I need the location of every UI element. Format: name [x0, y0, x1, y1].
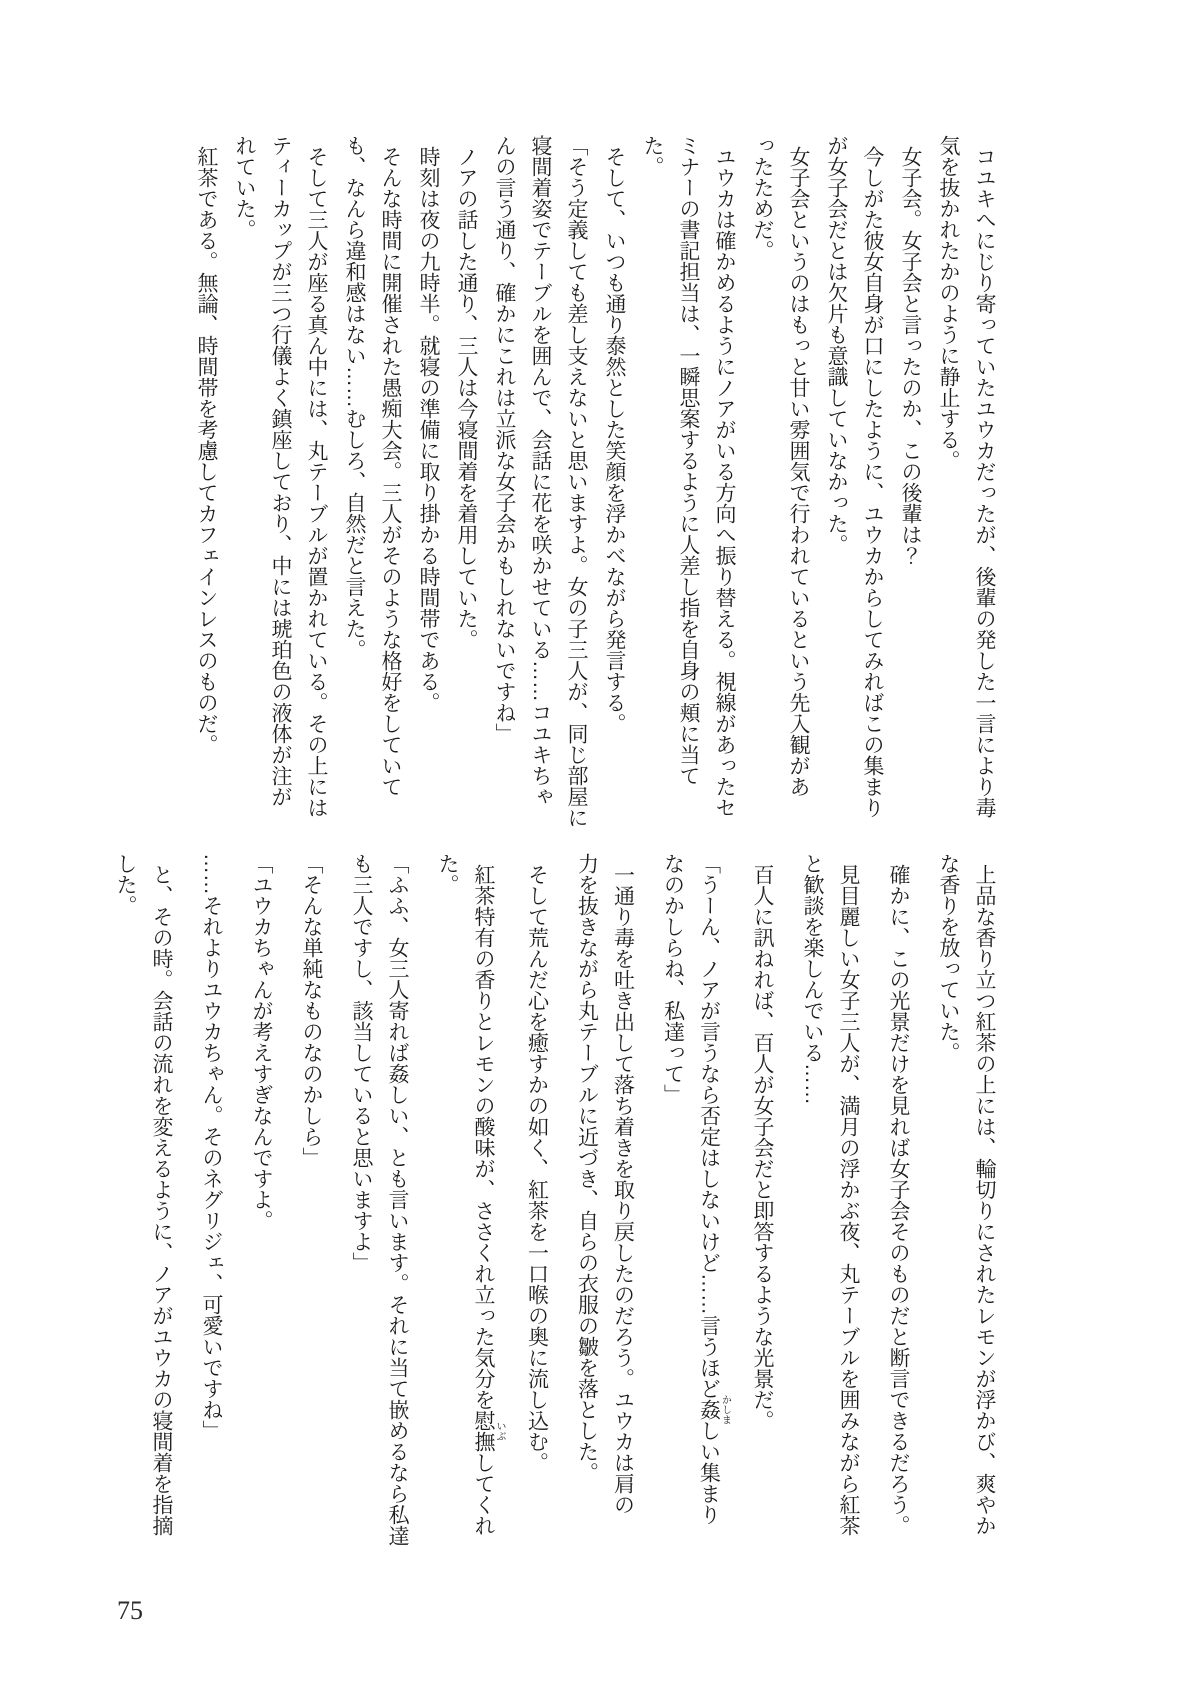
text-line: ユウカは確かめるようにノアがいる方向へ振り替える。視線があったセ: [706, 135, 742, 832]
text-line: と、その時。会話の流れを変えるように、ノアがユウカの寝間着を指摘: [143, 853, 179, 1568]
text-line: 寝間着姿でテーブルを囲んで、会話に花を咲かせている……コユキちゃ: [522, 135, 558, 832]
text-line: 一通り毒を吐き出して落ち着きを取り戻したのだろう。ユウカは肩の: [605, 853, 641, 1568]
text-block-upper: コユキへにじり寄っていたユウカだったが、後輩の発した一言により毒気を抜かれたかの…: [188, 135, 1002, 832]
furigana-ruby: 姦かしま: [698, 1399, 721, 1420]
text-block-lower: 上品な香り立つ紅茶の上には、輪切りにされたレモンが浮かび、爽やかな香りを放ってい…: [107, 853, 1002, 1568]
text-line: と歓談を楽しんでいる……: [794, 853, 830, 1568]
text-line: 女子会というのはもっと甘い雰囲気で行われているという先入観があ: [780, 135, 816, 832]
text-line: そして、いつも通り泰然とした笑顔を浮かべながら発言する。: [596, 135, 632, 832]
page-number: 75: [117, 1596, 143, 1626]
text-line: ティーカップが三つ行儀よく鎮座しており、中には琥珀色の液体が注が: [262, 135, 298, 832]
text-line: 「うーん、ノアが言うなら否定はしないけど……言うほど姦かしましい集まり: [691, 853, 731, 1568]
text-line: そんな時間に開催された愚痴大会。三人がそのような格好をしていて: [372, 135, 408, 832]
text-line: も三人ですし、該当していると思いますよ」: [343, 853, 379, 1568]
text-line: も、なんら違和感はない……むしろ、自然だと言えた。: [336, 135, 372, 832]
text-line: 百人に訊ねれば、百人が女子会だと即答するような光景だ。: [744, 853, 780, 1568]
text-line: た。: [429, 853, 465, 1568]
text-line: んの言う通り、確かにこれは立派な女子会かもしれないですね」: [486, 135, 522, 832]
text-line: 「ふふ、女三人寄れば姦しい、とも言います。それに当て嵌めるなら私達: [379, 853, 415, 1568]
text-line: 力を抜きながら丸テーブルに近づき、自らの衣服の皺を落とした。: [569, 853, 605, 1568]
furigana-ruby: 慰撫いぶ: [472, 1410, 495, 1452]
text-line: 紅茶である。無論、時間帯を考慮してカフェインレスのものだ。: [188, 135, 224, 832]
text-line: 今しがた彼女自身が口にしたように、ユウカからしてみればこの集まり: [854, 135, 890, 832]
text-line: な香りを放っていた。: [930, 853, 966, 1568]
text-line: 確かに、この光景だけを見れば女子会そのものだと断言できるだろう。: [880, 853, 916, 1568]
text-line: 時刻は夜の九時半。就寝の準備に取り掛かる時間帯である。: [410, 135, 446, 832]
text-line: 気を抜かれたかのように静止する。: [930, 135, 966, 832]
text-line: ……それよりユウカちゃん。そのネグリジェ、可愛いですね」: [193, 853, 229, 1568]
text-line: ったためだ。: [744, 135, 780, 832]
text-line: コユキへにじり寄っていたユウカだったが、後輩の発した一言により毒: [966, 135, 1002, 832]
text-line: 「そう定義しても差し支えないと思いますよ。女の子三人が、同じ部屋に: [558, 135, 594, 832]
text-line: なのかしらね、私達って」: [655, 853, 691, 1568]
text-line: 見目麗しい女子三人が、満月の浮かぶ夜、丸テーブルを囲みながら紅茶: [830, 853, 866, 1568]
text-line: 女子会。女子会と言ったのか、この後輩は？: [892, 135, 928, 832]
text-line: 紅茶特有の香りとレモンの酸味が、ささくれ立った気分を慰撫いぶしてくれ: [465, 853, 505, 1568]
text-line: れていた。: [226, 135, 262, 832]
text-line: ノアの話した通り、三人は今寝間着を着用していた。: [448, 135, 484, 832]
text-line: が女子会だとは欠片も意識していなかった。: [818, 135, 854, 832]
text-line: そして荒んだ心を癒すかの如く、紅茶を一口喉の奥に流し込む。: [519, 853, 555, 1568]
text-line: した。: [107, 853, 143, 1568]
text-line: ミナーの書記担当は、一瞬思案するように人差し指を自身の頬に当て: [670, 135, 706, 832]
novel-page: コユキへにじり寄っていたユウカだったが、後輩の発した一言により毒気を抜かれたかの…: [0, 0, 1200, 1695]
text-line: そして三人が座る真ん中には、丸テーブルが置かれている。その上には: [298, 135, 334, 832]
text-line: 上品な香り立つ紅茶の上には、輪切りにされたレモンが浮かび、爽やか: [966, 853, 1002, 1568]
text-line: 「そんな単純なものなのかしら」: [293, 853, 329, 1568]
text-line: 「ユウカちゃんが考えすぎなんですよ。: [243, 853, 279, 1568]
text-line: た。: [634, 135, 670, 832]
